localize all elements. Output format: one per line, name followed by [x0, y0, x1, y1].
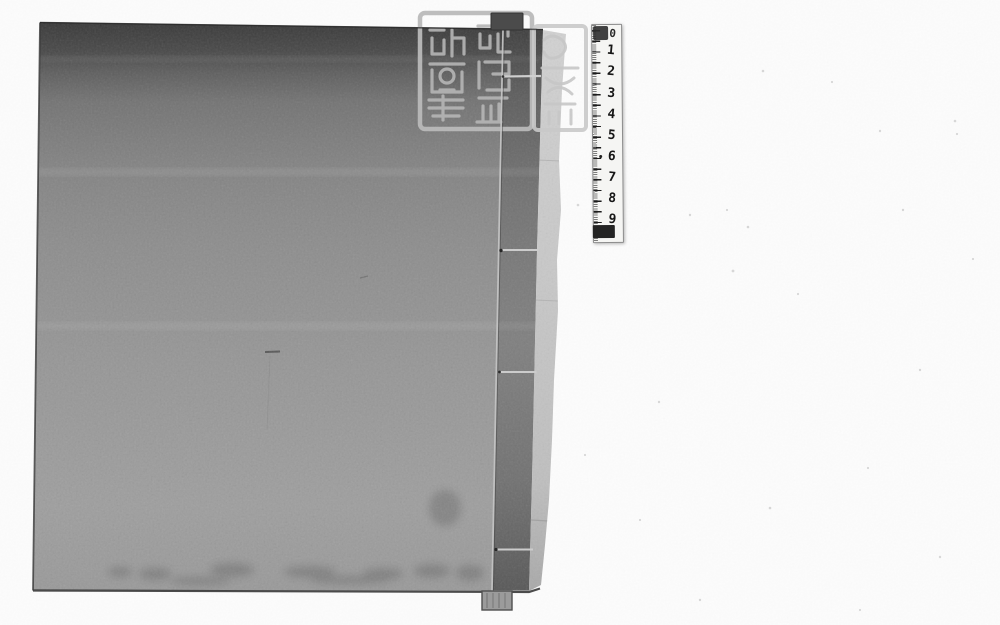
ruler-digit-1: 1 — [603, 43, 619, 58]
ruler-major-ticks — [592, 30, 602, 242]
ruler-start-cap — [593, 26, 608, 40]
ruler-digit-5: 5 — [603, 128, 619, 143]
ruler-digit-2: 2 — [603, 64, 619, 79]
ruler-digit-7: 7 — [604, 170, 620, 185]
top-edge-tab — [491, 13, 523, 30]
ruler-digit-8: 8 — [604, 191, 620, 206]
ruler-digit-6: 6 — [604, 149, 620, 164]
book-illustration — [0, 0, 1000, 625]
measuring-ruler: 0 1 2 3 4 5 6 7 8 9 — [591, 24, 624, 243]
ruler-digit-4: 4 — [603, 107, 619, 122]
ruler-digit-3: 3 — [603, 86, 619, 101]
ruler-end-cap — [593, 225, 615, 238]
ruler-dot-mark — [599, 155, 602, 158]
scanned-book-photo: 0 1 2 3 4 5 6 7 8 9 — [0, 0, 1000, 625]
bottom-edge-tab — [482, 591, 512, 610]
